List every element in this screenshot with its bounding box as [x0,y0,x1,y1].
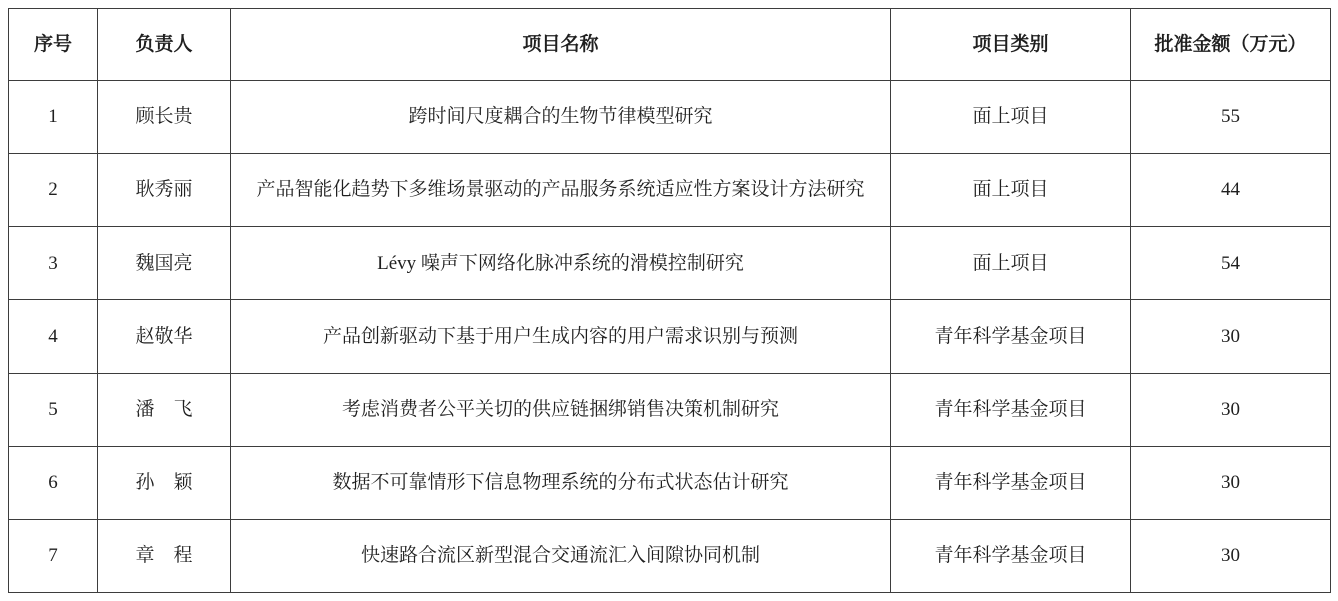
table-row: 7章 程快速路合流区新型混合交通流汇入间隙协同机制青年科学基金项目30 [9,519,1331,592]
table-row: 1顾长贵跨时间尺度耦合的生物节律模型研究面上项目55 [9,81,1331,154]
cell-category: 青年科学基金项目 [891,519,1131,592]
document-page: 序号 负责人 项目名称 项目类别 批准金额（万元） 1顾长贵跨时间尺度耦合的生物… [0,0,1338,601]
cell-category: 青年科学基金项目 [891,446,1131,519]
cell-leader: 顾长贵 [98,81,231,154]
table-row: 2耿秀丽产品智能化趋势下多维场景驱动的产品服务系统适应性方案设计方法研究面上项目… [9,154,1331,227]
column-header-category: 项目类别 [891,9,1131,81]
cell-leader: 章 程 [98,519,231,592]
cell-category: 面上项目 [891,81,1131,154]
cell-category: 面上项目 [891,154,1131,227]
table-row: 5潘 飞考虑消费者公平关切的供应链捆绑销售决策机制研究青年科学基金项目30 [9,373,1331,446]
column-header-leader: 负责人 [98,9,231,81]
cell-amount: 55 [1131,81,1331,154]
table-body: 1顾长贵跨时间尺度耦合的生物节律模型研究面上项目552耿秀丽产品智能化趋势下多维… [9,81,1331,593]
cell-leader: 孙 颖 [98,446,231,519]
cell-index: 1 [9,81,98,154]
table-row: 6孙 颖数据不可靠情形下信息物理系统的分布式状态估计研究青年科学基金项目30 [9,446,1331,519]
cell-title: 产品创新驱动下基于用户生成内容的用户需求识别与预测 [231,300,891,373]
cell-title: 考虑消费者公平关切的供应链捆绑销售决策机制研究 [231,373,891,446]
funded-projects-table: 序号 负责人 项目名称 项目类别 批准金额（万元） 1顾长贵跨时间尺度耦合的生物… [8,8,1331,593]
header-row: 序号 负责人 项目名称 项目类别 批准金额（万元） [9,9,1331,81]
cell-title: Lévy 噪声下网络化脉冲系统的滑模控制研究 [231,227,891,300]
cell-index: 2 [9,154,98,227]
cell-leader: 赵敬华 [98,300,231,373]
cell-index: 6 [9,446,98,519]
column-header-index: 序号 [9,9,98,81]
cell-index: 7 [9,519,98,592]
table-row: 3魏国亮Lévy 噪声下网络化脉冲系统的滑模控制研究面上项目54 [9,227,1331,300]
column-header-title: 项目名称 [231,9,891,81]
cell-amount: 30 [1131,300,1331,373]
cell-index: 3 [9,227,98,300]
cell-category: 青年科学基金项目 [891,300,1131,373]
cell-amount: 30 [1131,446,1331,519]
cell-amount: 30 [1131,519,1331,592]
cell-title: 产品智能化趋势下多维场景驱动的产品服务系统适应性方案设计方法研究 [231,154,891,227]
cell-leader: 潘 飞 [98,373,231,446]
cell-title: 数据不可靠情形下信息物理系统的分布式状态估计研究 [231,446,891,519]
cell-leader: 魏国亮 [98,227,231,300]
cell-index: 4 [9,300,98,373]
cell-title: 跨时间尺度耦合的生物节律模型研究 [231,81,891,154]
cell-category: 青年科学基金项目 [891,373,1131,446]
column-header-amount: 批准金额（万元） [1131,9,1331,81]
cell-title: 快速路合流区新型混合交通流汇入间隙协同机制 [231,519,891,592]
cell-leader: 耿秀丽 [98,154,231,227]
cell-amount: 30 [1131,373,1331,446]
cell-amount: 44 [1131,154,1331,227]
cell-category: 面上项目 [891,227,1131,300]
cell-amount: 54 [1131,227,1331,300]
cell-index: 5 [9,373,98,446]
table-row: 4赵敬华产品创新驱动下基于用户生成内容的用户需求识别与预测青年科学基金项目30 [9,300,1331,373]
